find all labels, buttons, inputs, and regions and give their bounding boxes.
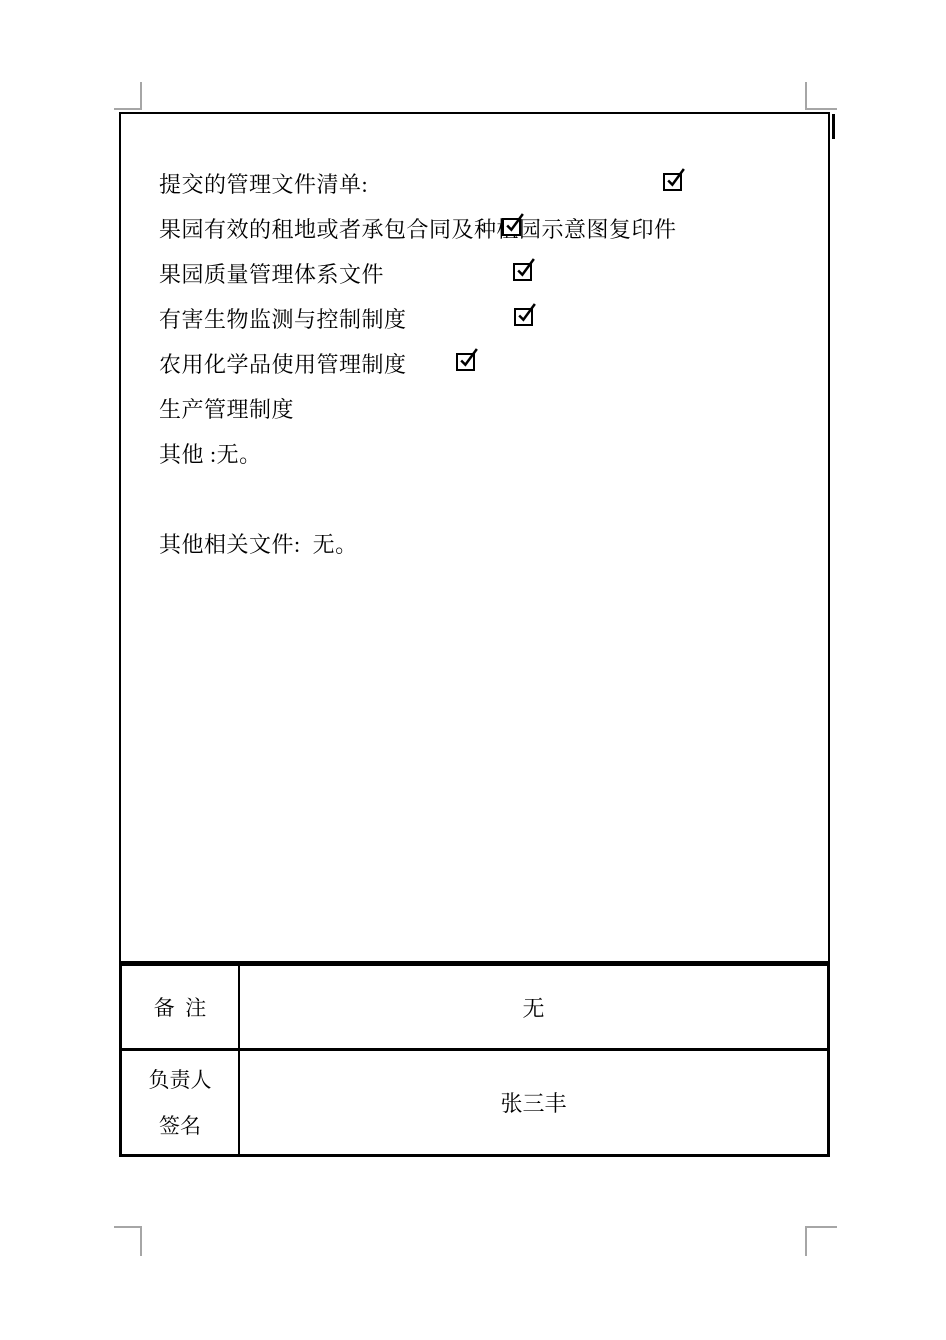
checkbox-checked-icon[interactable] [456,353,475,371]
margin-crop-mark-top-left [114,82,142,110]
checklist-other-documents-text: 其他相关文件: 无。 [159,532,358,557]
checklist-other-note: 其他 :无。 [123,387,826,432]
checklist-item-production-management: 生产管理制度 [123,342,826,387]
blank-line [123,432,826,477]
remark-label-cell: 备 注 [122,966,240,1051]
checklist-title: 提交的管理文件清单: [123,117,826,162]
checkbox-checked-icon[interactable] [502,218,521,236]
signer-label-line2: 签名 [159,1103,201,1149]
signer-signature: 张三丰 [500,1087,566,1118]
checklist-item-pest-monitoring: 有害生物监测与控制制度 [123,252,826,297]
checklist-item-quality-system: 果园质量管理体系文件 [123,207,826,252]
footer-table: 备 注 无 负责人 签名 张三丰 [119,963,830,1157]
checklist-cell: 提交的管理文件清单: 果园有效的租地或者承包合同及种植园示意图复印件 果园质量管… [119,112,830,963]
checkbox-checked-icon[interactable] [513,263,532,281]
checkbox-checked-icon[interactable] [663,173,682,191]
margin-crop-mark-bottom-right [805,1226,837,1256]
checkbox-checked-icon[interactable] [514,308,533,326]
checklist-item-lease-contract: 果园有效的租地或者承包合同及种植园示意图复印件 [123,162,826,207]
margin-crop-mark-bottom-left [114,1226,142,1256]
checklist-item-agrochemical-management: 农用化学品使用管理制度 [123,297,826,342]
checklist-other-documents: 其他相关文件: 无。 [123,477,826,522]
signer-value-cell: 张三丰 [240,1051,827,1154]
margin-crop-mark-top-right [805,82,837,110]
document-page: 提交的管理文件清单: 果园有效的租地或者承包合同及种植园示意图复印件 果园质量管… [0,0,946,1340]
signer-label-line1: 负责人 [149,1057,212,1103]
signer-label-cell: 负责人 签名 [122,1051,240,1154]
remark-value: 无 [522,992,544,1023]
signer-label: 负责人 签名 [149,1057,212,1149]
remark-label: 备 注 [154,992,207,1022]
remark-value-cell: 无 [240,966,827,1051]
text-cursor-mark [832,114,835,139]
